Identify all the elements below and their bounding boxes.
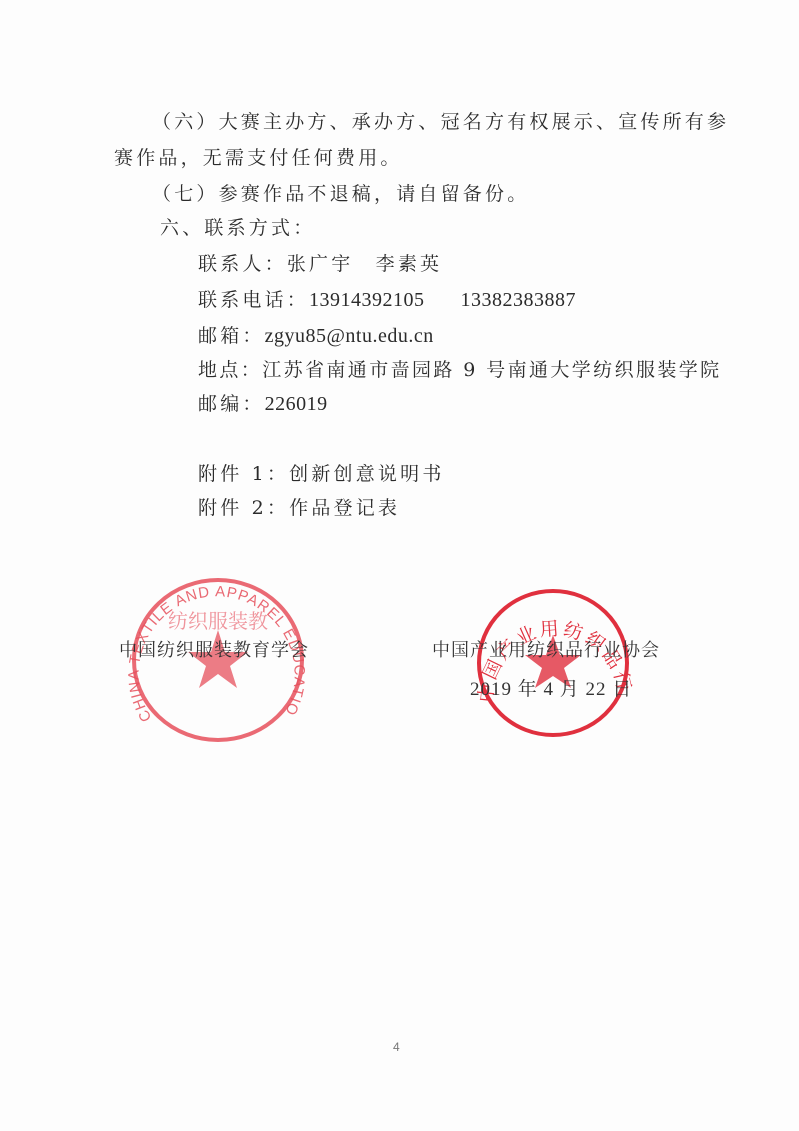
email-row: 邮箱：zgyu85@ntu.edu.cn [198,324,434,348]
phone-label: 联系电话： [198,289,309,311]
signature-date: 2019 年 4 月 22 日 [470,674,632,701]
paragraph-6-line1: （六）大赛主办方、承办方、冠名方有权展示、宣传所有参 [152,110,729,134]
contacts-label: 联系人： [198,253,287,275]
phone-1: 13914392105 [309,289,425,311]
address-label: 地点： [198,359,262,381]
left-signature-org: 中国纺织服装教育学会 [119,636,309,662]
email-label: 邮箱： [198,325,265,347]
attachment-1: 附件 1：创新创意说明书 [198,462,445,486]
svg-text:纺织服装教: 纺织服装教 [168,609,268,633]
address-value: 江苏省南通市啬园路 9 号南通大学纺织服装学院 [262,359,721,381]
email-value: zgyu85@ntu.edu.cn [265,325,434,347]
phone-2: 13382383887 [461,289,577,311]
address-row: 地点：江苏省南通市啬园路 9 号南通大学纺织服装学院 [198,358,722,382]
paragraph-6-line2: 赛作品，无需支付任何费用。 [114,146,403,170]
postcode-label: 邮编： [198,393,265,415]
attachment-2: 附件 2：作品登记表 [198,496,400,520]
contact-heading: 六、联系方式： [160,216,315,240]
paragraph-7: （七）参赛作品不退稿，请自留备份。 [152,182,529,206]
contacts-value: 张广宇 李素英 [287,253,442,275]
phone-row: 联系电话：1391439210513382383887 [198,288,576,312]
page-number: 4 [393,1040,400,1054]
right-official-stamp: 中国产业用纺织品行业协会 [468,583,638,743]
postcode-row: 邮编：226019 [198,392,328,416]
right-signature-org: 中国产业用纺织品行业协会 [432,636,660,662]
contacts-row: 联系人：张广宇 李素英 [198,252,442,276]
postcode-value: 226019 [265,393,328,415]
